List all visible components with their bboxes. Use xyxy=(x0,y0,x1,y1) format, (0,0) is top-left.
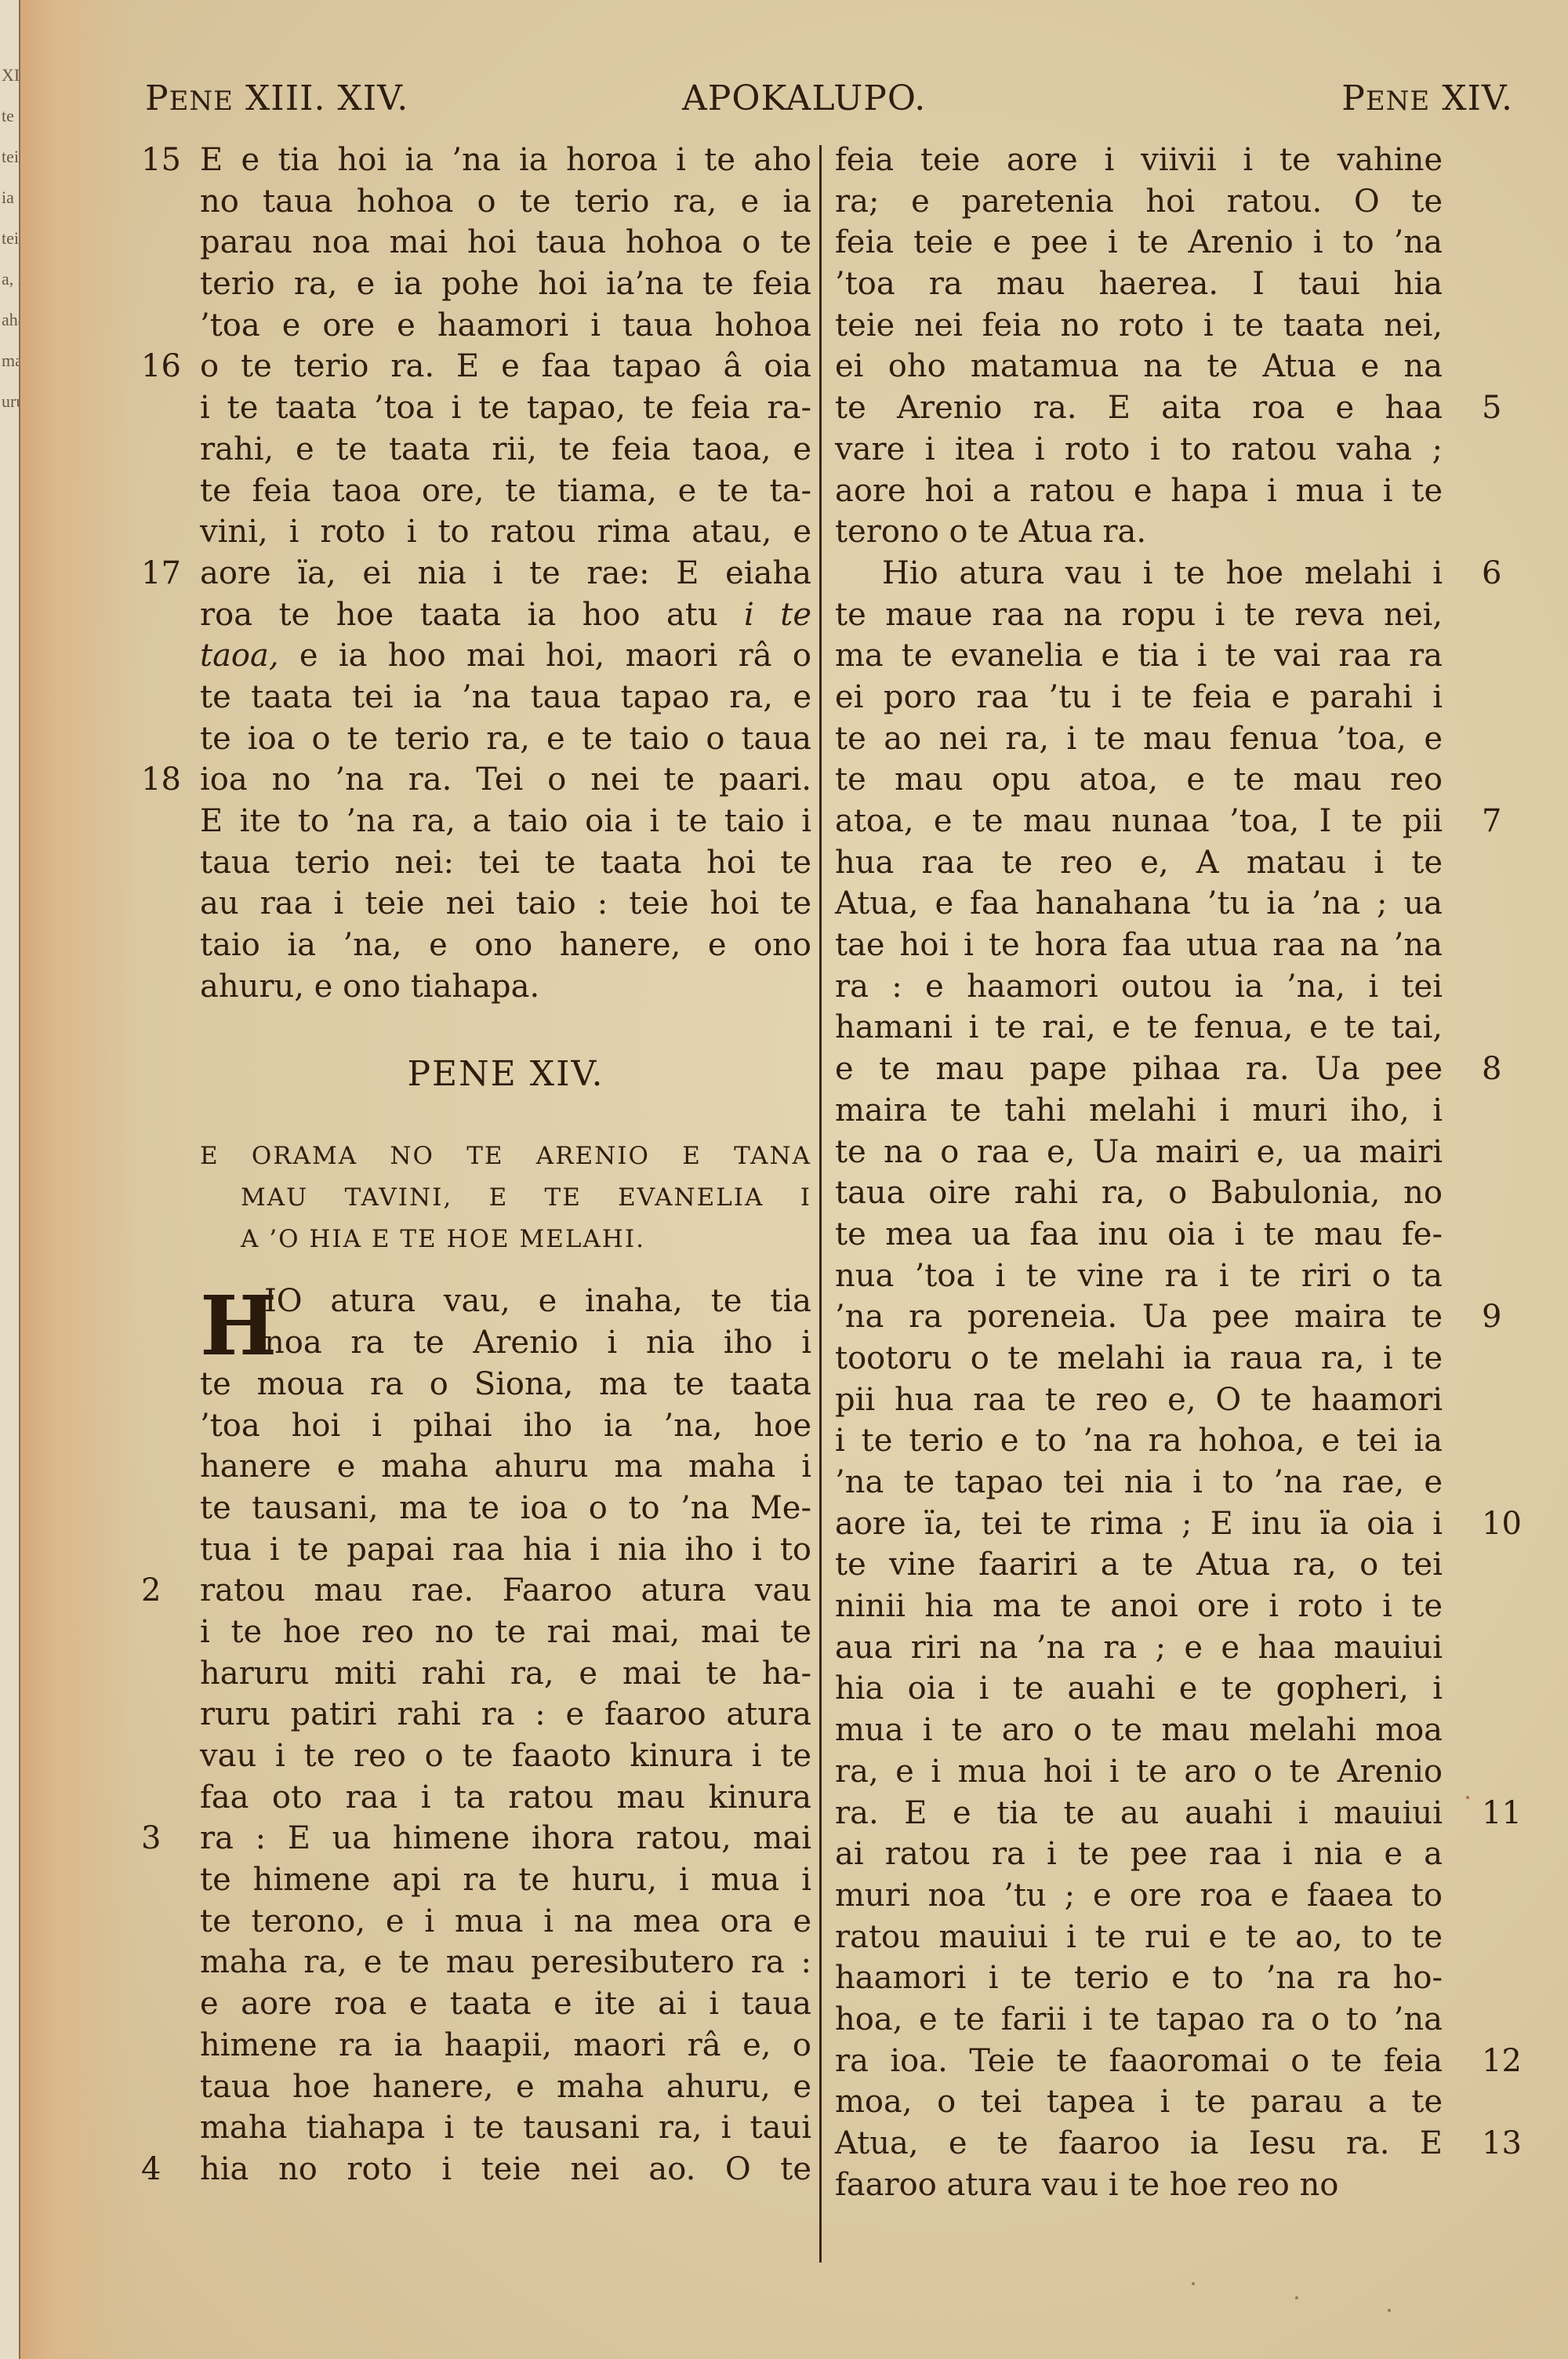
text-line: ratou mauiui i te rui e te ao, to te xyxy=(835,1917,1443,1958)
italic-supplied-words: i te xyxy=(744,597,811,633)
line-text: te maue raa na ropu i te reva nei, xyxy=(835,597,1443,633)
line-text: faa oto raa i ta ratou mau kinura xyxy=(200,1779,811,1816)
verse-number: 18 xyxy=(141,759,188,801)
adjacent-page-text-fragment: ia xyxy=(2,177,17,218)
text-line: taua hoe hanere, e maha ahuru, e xyxy=(200,2066,811,2108)
line-text: tua i te papai raa hia i nia iho i to xyxy=(200,1532,811,1568)
text-line: nua ’toa i te vine ra i te riri o ta xyxy=(835,1256,1443,1297)
line-text: ra : E ua himene ihora ratou, mai xyxy=(200,1820,811,1856)
verse-number: 11 xyxy=(1482,1793,1529,1834)
line-text: te feia taoa ore, te tiama, e te ta- xyxy=(200,473,811,509)
adjacent-page-text-fragment: tei xyxy=(2,136,17,177)
line-text: ra. E e tia te au auahi i mauiui xyxy=(835,1795,1443,1831)
line-text: taua hoe hanere, e maha ahuru, e xyxy=(200,2069,811,2105)
text-line: maira te tahi melahi i muri iho, i xyxy=(835,1090,1443,1132)
line-text: taua terio nei: tei te taata hoi te xyxy=(200,845,811,881)
line-text: roa te hoe taata ia hoo atu xyxy=(200,597,744,633)
text-line: 6Hio atura vau i te hoe melahi i xyxy=(835,553,1443,594)
line-text: hia no roto i teie nei ao. O te xyxy=(200,2151,811,2187)
text-line: 3ra : E ua himene ihora ratou, mai xyxy=(200,1818,811,1859)
text-line: i te terio e to ’na ra hohoa, e tei ia xyxy=(835,1420,1443,1462)
text-line: te mea ua faa inu oia i te mau fe- xyxy=(835,1214,1443,1256)
line-text: E e tia hoi ia ’na ia horoa i te aho xyxy=(200,142,811,178)
line-text: haruru miti rahi ra, e mai te ha- xyxy=(200,1656,811,1692)
verse-number: 9 xyxy=(1482,1296,1529,1338)
text-line: taua oire rahi ra, o Babulonia, no xyxy=(835,1172,1443,1214)
line-text: maha tiahapa i te tausani ra, i taui xyxy=(200,2110,811,2146)
running-head-book-title: APOKALUPO. xyxy=(682,78,926,118)
line-text: terono o te Atua ra. xyxy=(835,514,1146,550)
verse-number: 10 xyxy=(1482,1503,1529,1545)
text-line: Atua, e faa hanahana ’tu ia ’na ; ua xyxy=(835,883,1443,925)
line-text: haamori i te terio e to ’na ra ho- xyxy=(835,1960,1443,1996)
text-line: ai ratou ra i te pee raa i nia e a xyxy=(835,1834,1443,1875)
text-line: noa ra te Arenio i nia iho i xyxy=(200,1322,811,1364)
adjacent-page-text-fragment: a, i xyxy=(2,259,17,300)
line-text: muri noa ’tu ; e ore roa e faaea to xyxy=(835,1877,1443,1914)
text-line: 4hia no roto i teie nei ao. O te xyxy=(200,2149,811,2190)
text-line: te tausani, ma te ioa o to ’na Me- xyxy=(200,1488,811,1529)
text-line: vare i itea i roto i to ratou vaha ; xyxy=(835,429,1443,471)
right-column: feia teie aore i viivii i te vahinera; e… xyxy=(835,140,1443,2205)
line-text: atoa, e te mau nunaa ’toa, I te pii xyxy=(835,803,1443,839)
line-text: ai ratou ra i te pee raa i nia e a xyxy=(835,1836,1443,1872)
line-text: aua riri na ’na ra ; e e haa mauiui xyxy=(835,1630,1443,1666)
line-text: maha ra, e te mau peresibutero ra : xyxy=(200,1944,811,1980)
line-text: ruru patiri rahi ra : e faaroo atura xyxy=(200,1696,811,1732)
text-line: te ao nei ra, i te mau fenua ’toa, e xyxy=(835,718,1443,760)
line-text: e te mau pape pihaa ra. Ua pee xyxy=(835,1051,1443,1087)
text-line: ra; e paretenia hoi ratou. O te xyxy=(835,181,1443,223)
running-head: PENE XIII. XIV. APOKALUPO. PENE XIV. xyxy=(145,78,1513,125)
line-text: ei poro raa ’tu i te feia e parahi i xyxy=(835,679,1443,715)
text-line: 5te Arenio ra. E aita roa e haa xyxy=(835,387,1443,429)
line-text: tae hoi i te hora faa utua raa na ’na xyxy=(835,927,1443,963)
line-text: te ioa o te terio ra, e te taio o taua xyxy=(200,721,811,757)
line-text: rahi, e te taata rii, te feia taoa, e xyxy=(200,431,811,467)
line-text: Hio atura vau i te hoe melahi i xyxy=(882,555,1443,591)
text-line: 11ra. E e tia te au auahi i mauiui xyxy=(835,1793,1443,1834)
line-text: hia oia i te auahi e te gopheri, i xyxy=(835,1670,1443,1707)
text-line: feia teie aore i viivii i te vahine xyxy=(835,140,1443,181)
text-line: tootoru o te melahi ia raua ra, i te xyxy=(835,1338,1443,1379)
line-text: faaroo atura vau i te hoe reo no xyxy=(835,2167,1338,2203)
line-text: no taua hohoa o te terio ra, e ia xyxy=(200,184,811,220)
line-text: ra ioa. Teie te faaoromai o te feia xyxy=(835,2043,1443,2079)
line-text: e aore roa e taata e ite ai i taua xyxy=(200,1986,811,2022)
text-line: ’na te tapao tei nia i to ’na rae, e xyxy=(835,1462,1443,1503)
line-text: ’toa hoi i pihai iho ia ’na, hoe xyxy=(200,1408,811,1444)
line-text: vau i te reo o te faaoto kinura i te xyxy=(200,1738,811,1774)
text-line: hanere e maha ahuru ma maha i xyxy=(200,1446,811,1488)
line-text: Atua, e faa hanahana ’tu ia ’na ; ua xyxy=(835,885,1443,921)
text-line: ruru patiri rahi ra : e faaroo atura xyxy=(200,1694,811,1736)
line-text: te mea ua faa inu oia i te mau fe- xyxy=(835,1216,1443,1252)
text-line: parau noa mai hoi taua hohoa o te xyxy=(200,222,811,264)
line-text: i te hoe reo no te rai mai, mai te xyxy=(200,1614,811,1650)
text-line: te vine faariri a te Atua ra, o tei xyxy=(835,1544,1443,1586)
text-line: te taata tei ia ’na taua tapao ra, e xyxy=(200,677,811,718)
text-line: faa oto raa i ta ratou mau kinura xyxy=(200,1777,811,1819)
line-text: teie nei feia no roto i te taata nei, xyxy=(835,307,1443,343)
line-text: te na o raa e, Ua mairi e, ua mairi xyxy=(835,1134,1443,1170)
text-line: ahuru, e ono tiahapa. xyxy=(200,966,811,1008)
text-line: 16o te terio ra. E e faa tapao â oia xyxy=(200,346,811,387)
line-text: taio ia ’na, e ono hanere, e ono xyxy=(200,927,811,963)
text-line: 2ratou mau rae. Faaroo atura vau xyxy=(200,1570,811,1612)
verse-number: 17 xyxy=(141,553,188,594)
line-text: ei oho matamua na te Atua e na xyxy=(835,348,1443,384)
adjacent-page-text-fragment: uru xyxy=(2,381,17,422)
left-column: 15E e tia hoi ia ’na ia horoa i te ahono… xyxy=(200,140,811,2190)
paper-speck xyxy=(1388,2309,1391,2312)
text-line: faaroo atura vau i te hoe reo no xyxy=(835,2165,1443,2206)
text-line: ninii hia ma te anoi ore i roto i te xyxy=(835,1586,1443,1627)
text-line: haamori i te terio e to ’na ra ho- xyxy=(835,1957,1443,1999)
line-text: ’toa e ore e haamori i taua hohoa xyxy=(200,307,811,343)
line-text: ratou mau rae. Faaroo atura vau xyxy=(200,1572,811,1608)
verse-number: 2 xyxy=(141,1570,188,1612)
line-text: i te taata ’toa i te tapao, te feia ra- xyxy=(200,390,811,426)
text-line: i te taata ’toa i te tapao, te feia ra- xyxy=(200,387,811,429)
chapter-13-verses: 15E e tia hoi ia ’na ia horoa i te ahono… xyxy=(200,140,811,1007)
text-line: hoa, e te farii i te tapao ra o to ’na xyxy=(835,1999,1443,2041)
line-text: ’toa ra mau haerea. I taui hia xyxy=(835,266,1443,302)
text-line: 13Atua, e te faaroo ia Iesu ra. E xyxy=(835,2123,1443,2165)
line-text: te terono, e i mua i na mea ora e xyxy=(200,1903,811,1939)
text-line: terono o te Atua ra. xyxy=(835,511,1443,553)
verse-number: 8 xyxy=(1482,1049,1529,1090)
line-text: te ao nei ra, i te mau fenua ’toa, e xyxy=(835,721,1443,757)
line-text: terio ra, e ia pohe hoi ia’na te feia xyxy=(200,266,811,302)
line-text: te himene api ra te huru, i mua i xyxy=(200,1862,811,1898)
line-text: te vine faariri a te Atua ra, o tei xyxy=(835,1547,1443,1583)
line-text: feia teie e pee i te Arenio i to ’na xyxy=(835,224,1443,260)
text-line: te moua ra o Siona, ma te taata xyxy=(200,1364,811,1405)
line-text: aore hoi a ratou e hapa i mua i te xyxy=(835,473,1443,509)
line-text: aore ïa, tei te rima ; E inu ïa oia i xyxy=(835,1506,1443,1542)
line-text: feia teie aore i viivii i te vahine xyxy=(835,142,1443,178)
line-text: vini, i roto i to ratou rima atau, e xyxy=(200,514,811,550)
line-text: o te terio ra. E e faa tapao â oia xyxy=(200,348,811,384)
verse-number: 6 xyxy=(1482,553,1529,594)
text-line: 8e te mau pape pihaa ra. Ua pee xyxy=(835,1049,1443,1090)
text-line: ei oho matamua na te Atua e na xyxy=(835,346,1443,387)
text-line: ei poro raa ’tu i te feia e parahi i xyxy=(835,677,1443,718)
text-line: ra : e haamori outou ia ’na, i tei xyxy=(835,966,1443,1008)
text-line: mua i te aro o te mau melahi moa xyxy=(835,1710,1443,1751)
adjacent-page-text-fragment: aha xyxy=(2,300,17,340)
line-text: taua oire rahi ra, o Babulonia, no xyxy=(835,1175,1443,1211)
line-text: ’na te tapao tei nia i to ’na rae, e xyxy=(835,1464,1443,1500)
text-line: rahi, e te taata rii, te feia taoa, e xyxy=(200,429,811,471)
line-text: ioa no ’na ra. Tei o nei te paari. xyxy=(200,761,811,798)
line-text: aore ïa, ei nia i te rae: E eiaha xyxy=(200,555,811,591)
text-line: ra, e i mua hoi i te aro o te Arenio xyxy=(835,1751,1443,1793)
chapter-summary-line: E ORAMA NO TE ARENIO E TANA xyxy=(200,1136,811,1177)
text-line: IO atura vau, e inaha, te tia xyxy=(200,1281,811,1322)
text-line: moa, o tei tapea i te parau a te xyxy=(835,2081,1443,2123)
text-line: te ioa o te terio ra, e te taio o taua xyxy=(200,718,811,760)
paper-speck xyxy=(1295,2296,1298,2299)
adjacent-page-text-fragment: mai xyxy=(2,340,17,381)
line-text: i te terio e to ’na ra hohoa, e tei ia xyxy=(835,1423,1443,1459)
verse-number: 4 xyxy=(141,2149,188,2190)
text-line: terio ra, e ia pohe hoi ia’na te feia xyxy=(200,264,811,305)
text-line: aore hoi a ratou e hapa i mua i te xyxy=(835,471,1443,512)
text-line: tae hoi i te hora faa utua raa na ’na xyxy=(835,925,1443,966)
text-line: ma te evanelia e tia i te vai raa ra xyxy=(835,635,1443,677)
text-line: 12ra ioa. Teie te faaoromai o te feia xyxy=(835,2041,1443,2082)
line-text: au raa i teie nei taio : teie hoi te xyxy=(200,885,811,921)
line-text: te mau opu atoa, e te mau reo xyxy=(835,761,1443,798)
line-text: te moua ra o Siona, ma te taata xyxy=(200,1366,811,1402)
line-text: pii hua raa te reo e, O te haamori xyxy=(835,1382,1443,1418)
text-line: taio ia ’na, e ono hanere, e ono xyxy=(200,925,811,966)
text-line: muri noa ’tu ; e ore roa e faaea to xyxy=(835,1875,1443,1917)
text-line: pii hua raa te reo e, O te haamori xyxy=(835,1379,1443,1421)
text-line: e aore roa e taata e ite ai i taua xyxy=(200,1983,811,2025)
text-line: 17aore ïa, ei nia i te rae: E eiaha xyxy=(200,553,811,594)
chapter-14-verses: H IO atura vau, e inaha, te tianoa ra te… xyxy=(200,1281,811,2190)
verse-number: 15 xyxy=(141,140,188,181)
line-text: parau noa mai hoi taua hohoa o te xyxy=(200,224,811,260)
text-line: vini, i roto i to ratou rima atau, e xyxy=(200,511,811,553)
text-line: te maue raa na ropu i te reva nei, xyxy=(835,594,1443,636)
text-line: E ite to ’na ra, a taio oia i te taio i xyxy=(200,801,811,842)
text-line: maha ra, e te mau peresibutero ra : xyxy=(200,1942,811,1983)
text-line: au raa i teie nei taio : teie hoi te xyxy=(200,883,811,925)
line-text: hua raa te reo e, A matau i te xyxy=(835,845,1443,881)
chapter-summary-line: MAU TAVINI, E TE EVANELIA I xyxy=(200,1177,811,1219)
adjacent-page-edge: XIIIteteiiateia, iahamaiuru xyxy=(0,0,20,2359)
running-head-right: PENE XIV. xyxy=(1341,78,1513,118)
text-line: te himene api ra te huru, i mua i xyxy=(200,1859,811,1901)
adjacent-page-text-fragment: te xyxy=(2,96,17,136)
line-text: mua i te aro o te mau melahi moa xyxy=(835,1712,1443,1748)
line-text: ’na ra poreneia. Ua pee maira te xyxy=(835,1299,1443,1335)
line-text: hoa, e te farii i te tapao ra o to ’na xyxy=(835,2001,1443,2037)
text-line: haruru miti rahi ra, e mai te ha- xyxy=(200,1653,811,1695)
verse-number: 7 xyxy=(1482,801,1529,842)
running-head-left: PENE XIII. XIV. xyxy=(145,78,408,118)
text-line: feia teie e pee i te Arenio i to ’na xyxy=(835,222,1443,264)
line-text: ahuru, e ono tiahapa. xyxy=(200,969,539,1005)
text-line: taua terio nei: tei te taata hoi te xyxy=(200,842,811,884)
text-line: 7atoa, e te mau nunaa ’toa, I te pii xyxy=(835,801,1443,842)
text-line: i te hoe reo no te rai mai, mai te xyxy=(200,1612,811,1653)
text-line: te mau opu atoa, e te mau reo xyxy=(835,759,1443,801)
line-text: hamani i te rai, e te fenua, e te tai, xyxy=(835,1009,1443,1045)
column-divider-rule xyxy=(819,145,822,2263)
verse-number: 3 xyxy=(141,1818,188,1859)
text-line: teie nei feia no roto i te taata nei, xyxy=(835,305,1443,347)
text-line: 15E e tia hoi ia ’na ia horoa i te aho xyxy=(200,140,811,181)
line-text: te taata tei ia ’na taua tapao ra, e xyxy=(200,679,811,715)
line-text: e ia hoo mai hoi, maori râ o xyxy=(279,638,811,674)
verse-number: 12 xyxy=(1482,2041,1529,2082)
chapter-summary-line: A ’O HIA E TE HOE MELAHI. xyxy=(200,1219,811,1260)
gutter-stain xyxy=(0,0,141,2359)
text-line: ’toa ra mau haerea. I taui hia xyxy=(835,264,1443,305)
line-text: ma te evanelia e tia i te vai raa ra xyxy=(835,638,1443,674)
line-text: noa ra te Arenio i nia iho i xyxy=(264,1325,811,1361)
paper-speck xyxy=(1466,1796,1469,1799)
text-line: maha tiahapa i te tausani ra, i taui xyxy=(200,2107,811,2149)
text-line: roa te hoe taata ia hoo atu i te xyxy=(200,594,811,636)
book-page: XIIIteteiiateia, iahamaiuru PENE XIII. X… xyxy=(0,0,1568,2359)
text-line: tua i te papai raa hia i nia iho i to xyxy=(200,1529,811,1571)
line-text: ninii hia ma te anoi ore i roto i te xyxy=(835,1588,1443,1624)
text-line: 18ioa no ’na ra. Tei o nei te paari. xyxy=(200,759,811,801)
text-line: no taua hohoa o te terio ra, e ia xyxy=(200,181,811,223)
text-line: hamani i te rai, e te fenua, e te tai, xyxy=(835,1007,1443,1049)
line-text: te tausani, ma te ioa o to ’na Me- xyxy=(200,1490,811,1526)
line-text: E ite to ’na ra, a taio oia i te taio i xyxy=(200,803,811,839)
line-text: nua ’toa i te vine ra i te riri o ta xyxy=(835,1258,1443,1294)
line-text: hanere e maha ahuru ma maha i xyxy=(200,1448,811,1485)
text-line: te feia taoa ore, te tiama, e te ta- xyxy=(200,471,811,512)
line-text: himene ra ia haapii, maori râ e, o xyxy=(200,2027,811,2063)
line-text: ra : e haamori outou ia ’na, i tei xyxy=(835,969,1443,1005)
text-line: ’toa e ore e haamori i taua hohoa xyxy=(200,305,811,347)
text-line: hia oia i te auahi e te gopheri, i xyxy=(835,1668,1443,1710)
chapter-heading: PENE XIV. xyxy=(200,1007,811,1121)
text-line: aua riri na ’na ra ; e e haa mauiui xyxy=(835,1627,1443,1669)
text-line: te terono, e i mua i na mea ora e xyxy=(200,1901,811,1943)
italic-supplied-words: taoa, xyxy=(200,638,279,674)
text-line: vau i te reo o te faaoto kinura i te xyxy=(200,1736,811,1777)
line-text: tootoru o te melahi ia raua ra, i te xyxy=(835,1340,1443,1376)
text-line: taoa, e ia hoo mai hoi, maori râ o xyxy=(200,635,811,677)
verse-number: 16 xyxy=(141,346,188,387)
line-text: ratou mauiui i te rui e te ao, to te xyxy=(835,1919,1443,1955)
line-text: ra; e paretenia hoi ratou. O te xyxy=(835,184,1443,220)
text-line: 9’na ra poreneia. Ua pee maira te xyxy=(835,1296,1443,1338)
text-line: 10aore ïa, tei te rima ; E inu ïa oia i xyxy=(835,1503,1443,1545)
line-text: moa, o tei tapea i te parau a te xyxy=(835,2084,1443,2120)
line-text: vare i itea i roto i to ratou vaha ; xyxy=(835,431,1443,467)
adjacent-page-text-fragment: XIII xyxy=(2,55,17,96)
line-text: Atua, e te faaroo ia Iesu ra. E xyxy=(835,2125,1443,2161)
line-text: ra, e i mua hoi i te aro o te Arenio xyxy=(835,1754,1443,1790)
text-line: hua raa te reo e, A matau i te xyxy=(835,842,1443,884)
line-text: maira te tahi melahi i muri iho, i xyxy=(835,1092,1443,1129)
adjacent-page-text-fragment: tei xyxy=(2,218,17,259)
text-line: te na o raa e, Ua mairi e, ua mairi xyxy=(835,1132,1443,1173)
line-text: te Arenio ra. E aita roa e haa xyxy=(835,390,1443,426)
chapter-summary: E ORAMA NO TE ARENIO E TANA MAU TAVINI, … xyxy=(200,1136,811,1260)
verse-number: 13 xyxy=(1482,2123,1529,2165)
line-text: IO atura vau, e inaha, te tia xyxy=(264,1283,811,1319)
verse-number: 5 xyxy=(1482,387,1529,429)
text-line: himene ra ia haapii, maori râ e, o xyxy=(200,2025,811,2066)
paper-speck xyxy=(1192,2282,1195,2285)
text-line: ’toa hoi i pihai iho ia ’na, hoe xyxy=(200,1405,811,1447)
